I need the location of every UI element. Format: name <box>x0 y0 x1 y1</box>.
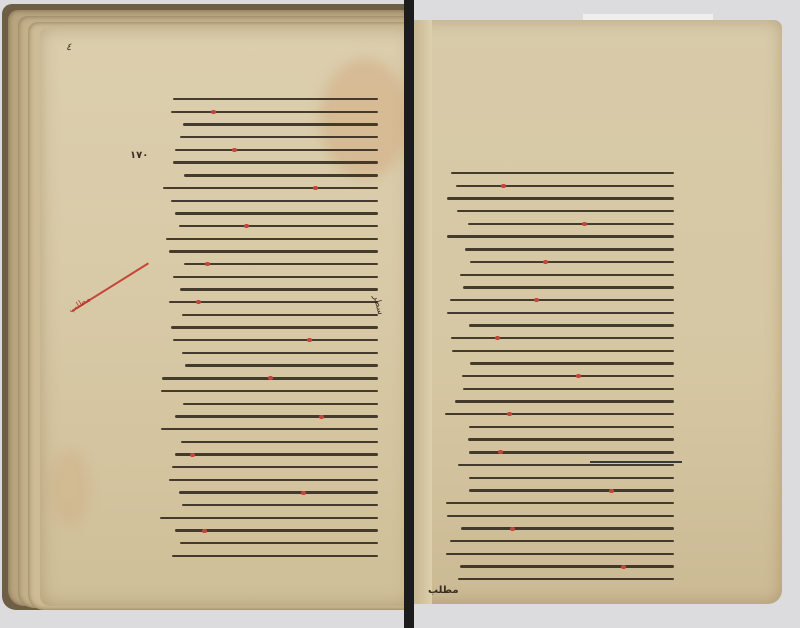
text-line <box>450 540 674 542</box>
rubric-mark <box>582 222 587 226</box>
rubric-mark <box>621 565 626 569</box>
folio-mark: ٤ <box>66 42 71 53</box>
text-line <box>166 238 378 240</box>
rubric-mark <box>301 491 306 495</box>
text-line <box>452 350 674 352</box>
text-line <box>182 352 378 354</box>
text-line <box>465 248 674 250</box>
rubric-mark <box>495 336 500 340</box>
text-line <box>161 428 378 430</box>
rubric-mark <box>196 300 201 304</box>
text-line <box>184 263 378 265</box>
text-line <box>463 286 674 288</box>
rubric-mark <box>205 262 210 266</box>
text-line <box>171 200 378 202</box>
text-line <box>447 312 674 314</box>
text-line <box>172 555 378 557</box>
text-line <box>447 197 674 199</box>
manuscript-photo: ٤ ١٧٠ مطلب سطر مطلب <box>0 0 800 628</box>
text-line <box>184 174 378 176</box>
text-line <box>469 426 674 428</box>
text-line <box>458 464 674 466</box>
rubric-mark <box>190 453 195 457</box>
text-line <box>468 438 674 440</box>
text-line <box>458 578 674 580</box>
text-line <box>183 123 378 125</box>
text-line <box>469 477 674 479</box>
rubric-mark <box>510 527 515 531</box>
text-line <box>182 504 378 506</box>
text-line <box>183 403 378 405</box>
water-stain <box>50 448 90 528</box>
rubric-mark <box>576 374 581 378</box>
text-line <box>462 375 674 377</box>
text-line <box>173 98 378 100</box>
rubric-mark <box>534 298 539 302</box>
text-line <box>180 136 378 138</box>
text-line <box>179 491 378 493</box>
text-line <box>451 337 674 339</box>
rubric-mark <box>319 415 324 419</box>
catchword: مطلب <box>428 585 459 596</box>
right-text-block <box>444 172 674 591</box>
text-line <box>445 413 674 415</box>
text-line <box>173 161 378 163</box>
text-line <box>180 542 378 544</box>
rubric-mark <box>307 338 312 342</box>
text-line <box>469 489 674 491</box>
text-line <box>469 324 674 326</box>
text-line <box>163 187 378 189</box>
text-line <box>446 502 674 504</box>
text-line <box>169 250 378 252</box>
text-line <box>446 553 674 555</box>
text-line <box>175 212 378 214</box>
text-line <box>175 453 378 455</box>
text-line <box>175 149 378 151</box>
text-line <box>175 415 378 417</box>
right-page-fold <box>414 20 432 604</box>
text-line <box>447 515 674 517</box>
rubric-mark <box>501 184 506 188</box>
text-line <box>173 276 378 278</box>
rubric-mark <box>507 412 512 416</box>
rubric-mark <box>202 529 207 533</box>
text-line <box>447 235 674 237</box>
book-gutter <box>404 0 414 628</box>
text-line <box>463 388 674 390</box>
rubric-mark <box>232 148 237 152</box>
text-line <box>450 299 674 301</box>
text-line <box>179 225 378 227</box>
text-line <box>172 466 378 468</box>
rubric-mark <box>244 224 249 228</box>
text-line <box>470 362 674 364</box>
rubric-mark <box>498 450 503 454</box>
text-line <box>468 223 674 225</box>
rubric-mark <box>609 489 614 493</box>
text-line <box>470 261 674 263</box>
left-text-block <box>160 98 378 567</box>
text-line <box>180 288 378 290</box>
text-line <box>169 479 378 481</box>
text-line <box>456 185 674 187</box>
rubric-mark <box>211 110 216 114</box>
margin-numeral: ١٧٠ <box>130 150 148 161</box>
rubric-mark <box>268 376 273 380</box>
text-line <box>182 314 378 316</box>
rubric-mark <box>543 260 548 264</box>
text-line <box>457 210 674 212</box>
text-line <box>460 565 674 567</box>
text-line <box>451 172 674 174</box>
text-line <box>160 517 378 519</box>
text-line <box>171 326 378 328</box>
text-line <box>455 400 674 402</box>
rubric-mark <box>313 186 318 190</box>
text-line <box>460 274 674 276</box>
text-line <box>181 441 378 443</box>
text-line <box>171 111 378 113</box>
text-line <box>185 364 378 366</box>
text-line <box>173 339 378 341</box>
text-line <box>161 390 378 392</box>
section-rule <box>590 461 682 463</box>
text-line <box>461 527 674 529</box>
